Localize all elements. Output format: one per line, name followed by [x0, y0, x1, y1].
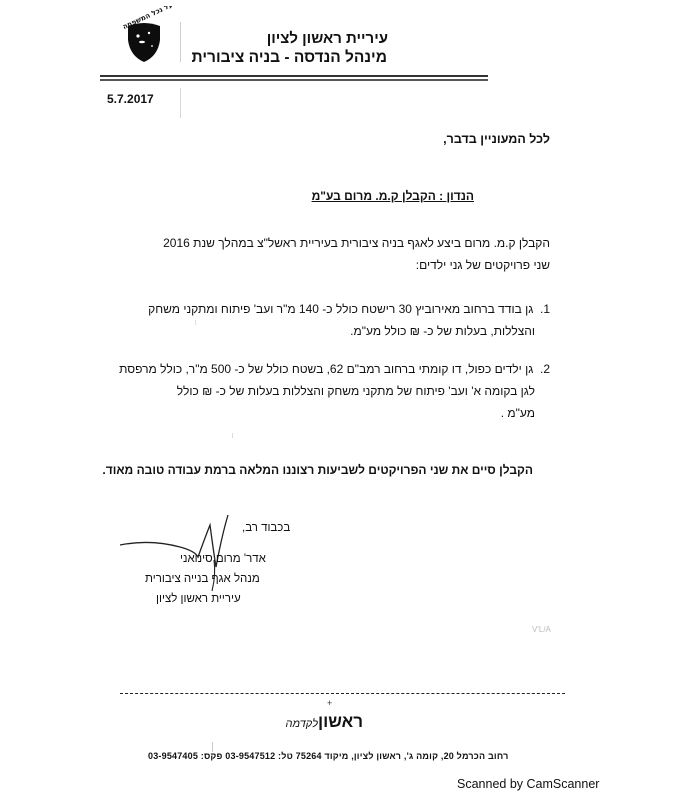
- footer-city-logo: ראשוןלקדמה: [283, 712, 363, 740]
- list-item-2-line-3: מע"מ .: [501, 406, 535, 420]
- intro-line-1: הקבלן ק.מ. מרום ביצע לאגף בניה ציבורית ב…: [163, 236, 550, 250]
- letter-date: 5.7.2017: [107, 92, 154, 106]
- list-item-2-line-1: 2. גן ילדים כפול, דו קומתי ברחוב רמב"ם 6…: [119, 362, 550, 376]
- list-item-number: 2.: [540, 362, 550, 376]
- subject-line: הנדון : הקבלן ק.מ. מרום בע"מ: [312, 189, 474, 203]
- signatory-organization: עיריית ראשון לציון: [156, 593, 241, 605]
- footer-logo-main: ראשון: [318, 712, 363, 731]
- list-item-1-line-1: 1. גן בודד ברחוב מאירוביץ 30 רישטח כולל …: [148, 302, 550, 316]
- faint-stamp-mark: V'L/A: [532, 625, 551, 634]
- intro-line-2: שני פרויקטים של גני ילדים:: [416, 258, 550, 272]
- signatory-name: אדר' מרום סינואני: [180, 553, 266, 565]
- signatory-role: מנהל אגף בנייה ציבורית: [145, 573, 260, 585]
- footer-address: רחוב הכרמל 20, קומה ג', ראשון לציון, מיק…: [148, 751, 508, 761]
- date-divider: [180, 88, 181, 118]
- footer-divider: [120, 693, 565, 694]
- municipal-crest-icon: על נכל המשפחה: [116, 6, 172, 64]
- header-divider: [180, 22, 181, 62]
- conclusion-text: הקבלן סיים את שני הפרויקטים לשביעות רצונ…: [102, 463, 533, 477]
- scanner-watermark: Scanned by CamScanner: [457, 777, 599, 791]
- footer-logo-script: לקדמה: [285, 718, 318, 730]
- letterhead-subtitle: מינהל הנדסה - בניה ציבורית: [192, 49, 387, 67]
- list-item-number: 1.: [540, 302, 550, 316]
- letterhead-rule: [100, 75, 488, 77]
- list-item-1-line-2: והצללות, בעלות של כ- ₪ כולל מע"מ.: [350, 324, 535, 338]
- list-item-text: גן בודד ברחוב מאירוביץ 30 רישטח כולל כ- …: [148, 302, 533, 316]
- letterhead-title: עיריית ראשון לציון: [267, 30, 388, 47]
- list-item-2-line-2: לגן בקומה א' ועב' פיתוח של מתקני משחק וה…: [177, 384, 535, 398]
- list-item-text: גן ילדים כפול, דו קומתי ברחוב רמב"ם 62, …: [119, 362, 533, 376]
- salutation: לכל המעוניין בדבר,: [443, 132, 550, 146]
- signature-closing: בכבוד רב,: [242, 522, 290, 534]
- letterhead-rule-secondary: [100, 79, 488, 81]
- footer-flower-mark-icon: +: [327, 698, 332, 708]
- scan-artifact: [232, 433, 233, 438]
- scan-artifact: [195, 320, 196, 325]
